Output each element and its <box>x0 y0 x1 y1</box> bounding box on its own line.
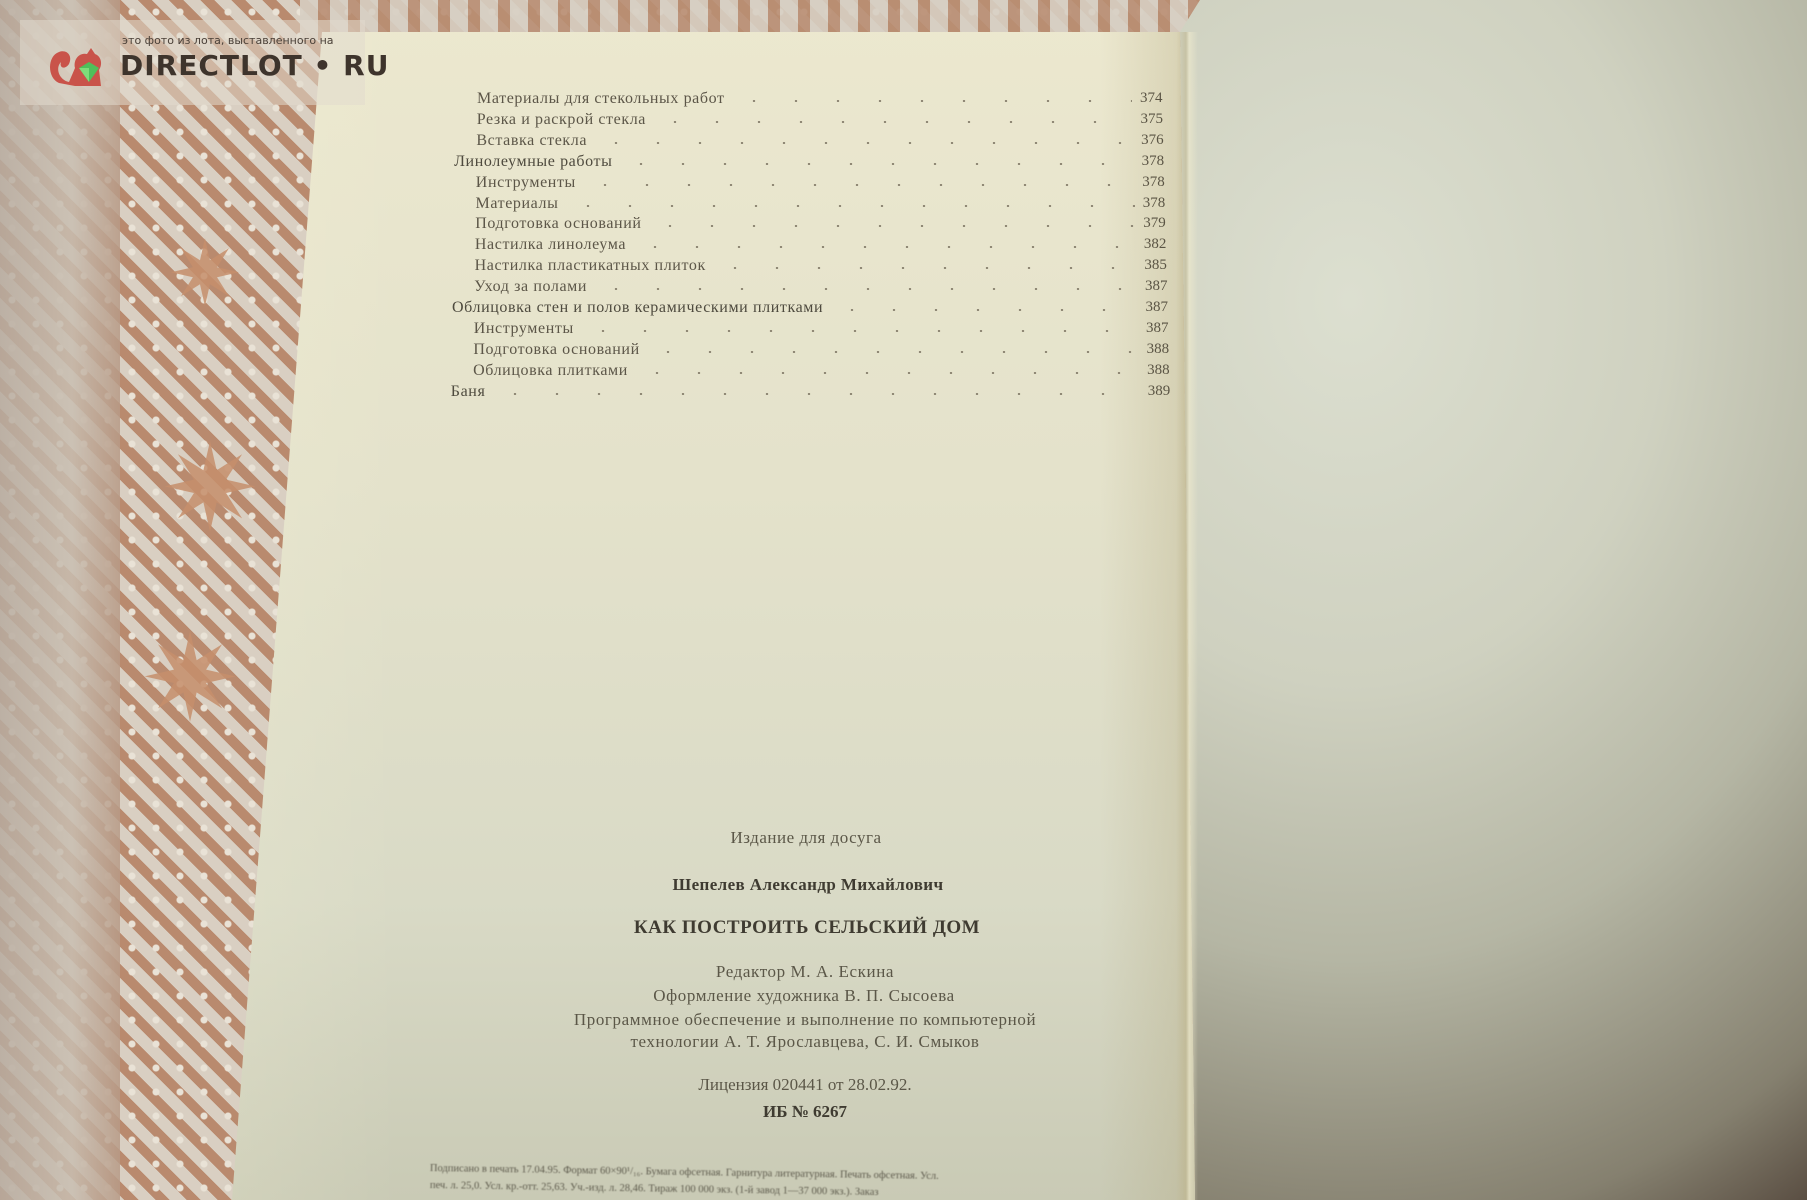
toc-entry-title: Линолеумные работы <box>454 153 612 171</box>
toc-page-number: 387 <box>1146 299 1169 316</box>
toc-entry-title: Инструменты <box>476 174 576 192</box>
software-credit-line-2: технологии А. Т. Ярославцева, С. И. Смык… <box>630 1032 979 1052</box>
design-credit: Оформление художника В. П. Сысоева <box>653 986 954 1006</box>
toc-entry-title: Материалы <box>476 195 559 213</box>
toc-page-number: 388 <box>1147 362 1170 379</box>
toc-entry-title: Подготовка оснований <box>473 341 639 359</box>
toc-entry-title: Облицовка стен и полов керамическими пли… <box>452 299 823 317</box>
toc-entry: Резка и раскрой стекла375 <box>0 111 1807 132</box>
toc-page-number: 385 <box>1144 257 1167 274</box>
toc-dot-leader <box>636 372 1139 374</box>
toc-entry-title: Подготовка оснований <box>475 215 641 233</box>
editor-credit: Редактор М. А. Ескина <box>716 962 894 982</box>
toc-entry-title: Облицовка плитками <box>473 362 628 380</box>
toc-dot-leader <box>634 246 1136 248</box>
toc-entry-title: Настилка пластикатных плиток <box>475 257 706 275</box>
toc-entry: Подготовка оснований388 <box>0 341 1807 362</box>
toc-dot-leader <box>620 163 1134 165</box>
toc-dot-leader <box>654 121 1133 123</box>
toc-entry-title: Инструменты <box>474 320 574 338</box>
toc-page-number: 374 <box>1140 90 1163 107</box>
toc-entry-title: Баня <box>451 383 486 401</box>
toc-page-number: 378 <box>1142 153 1165 170</box>
edition-type: Издание для досуга <box>731 828 882 848</box>
toc-dot-leader <box>582 330 1138 332</box>
toc-entry: Материалы для стекольных работ374 <box>0 90 1807 111</box>
ib-number: ИБ № 6267 <box>763 1102 847 1122</box>
toc-entry-title: Резка и раскрой стекла <box>477 111 646 129</box>
book-title: КАК ПОСТРОИТЬ СЕЛЬСКИЙ ДОМ <box>634 917 980 939</box>
toc-entry: Материалы378 <box>0 195 1807 216</box>
toc-dot-leader <box>733 100 1132 102</box>
toc-entry-title: Настилка линолеума <box>475 236 626 254</box>
toc-dot-leader <box>831 309 1138 311</box>
toc-page-number: 387 <box>1146 320 1169 337</box>
toc-dot-leader <box>595 142 1133 144</box>
toc-entry: Инструменты387 <box>0 320 1807 341</box>
toc-page-number: 376 <box>1141 132 1164 149</box>
toc-entry: Облицовка плитками388 <box>0 362 1807 383</box>
toc-entry-title: Уход за полами <box>474 278 587 296</box>
toc-page-number: 389 <box>1148 383 1171 400</box>
toc-entry: Настилка пластикатных плиток385 <box>0 257 1807 278</box>
toc-entry: Подготовка оснований379 <box>0 215 1807 236</box>
toc-entry-title: Вставка стекла <box>476 132 587 150</box>
toc-dot-leader <box>494 393 1140 395</box>
toc-page-number: 378 <box>1142 174 1165 191</box>
toc-page-number: 382 <box>1144 236 1167 253</box>
toc-dot-leader <box>567 205 1135 207</box>
author-name: Шепелев Александр Михайлович <box>673 875 944 895</box>
toc-entry: Инструменты378 <box>0 174 1807 195</box>
toc-page-number: 375 <box>1141 111 1164 128</box>
toc-entry: Вставка стекла376 <box>0 132 1807 153</box>
toc-page-number: 378 <box>1143 195 1166 212</box>
toc-page-number: 387 <box>1145 278 1168 295</box>
toc-entry: Уход за полами387 <box>0 278 1807 299</box>
toc-entry: Настилка линолеума382 <box>0 236 1807 257</box>
toc-entry: Облицовка стен и полов керамическими пли… <box>0 299 1807 320</box>
toc-dot-leader <box>647 351 1139 353</box>
toc-page-number: 388 <box>1147 341 1170 358</box>
software-credit-line-1: Программное обеспечение и выполнение по … <box>574 1010 1036 1030</box>
toc-dot-leader <box>649 225 1135 227</box>
toc-entry-title: Материалы для стекольных работ <box>477 90 725 108</box>
toc-entry: Баня389 <box>0 383 1807 404</box>
license-number: Лицензия 020441 от 28.02.92. <box>698 1075 911 1095</box>
toc-dot-leader <box>584 184 1134 186</box>
toc-page-number: 379 <box>1143 215 1166 232</box>
toc-entry: Линолеумные работы378 <box>0 153 1807 174</box>
toc-dot-leader <box>595 288 1137 290</box>
toc-dot-leader <box>714 267 1136 269</box>
